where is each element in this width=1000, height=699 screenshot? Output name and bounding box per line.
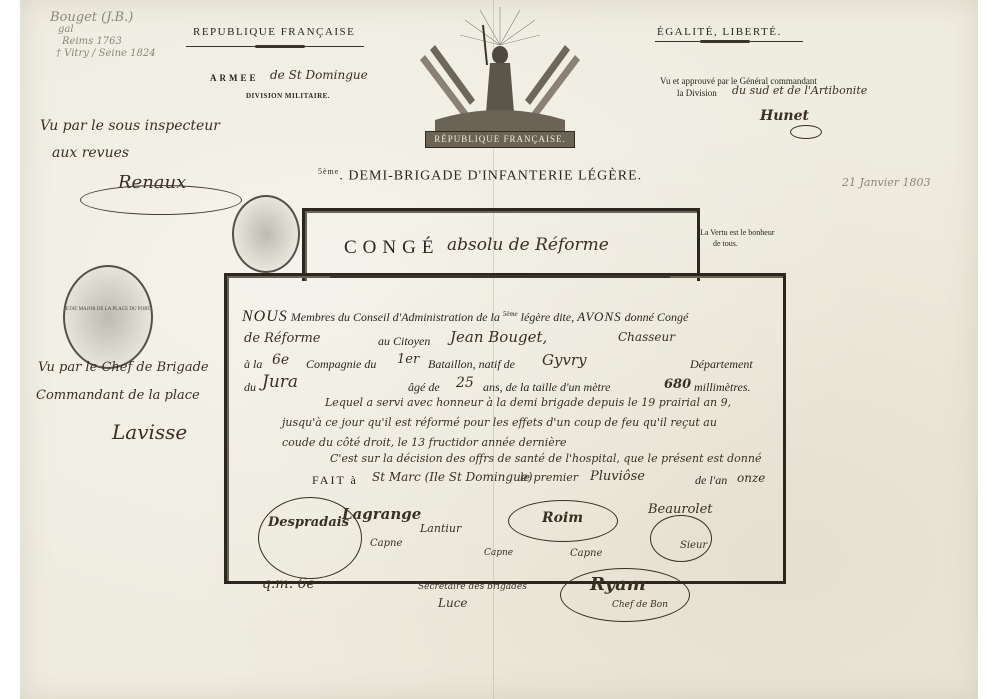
- approval-division-handwritten: du sud et de l'Artibonite: [732, 84, 867, 97]
- wax-seal-stamp: [232, 195, 300, 273]
- taille-label: ans, de la taille d'un mètre: [483, 380, 610, 395]
- emblem-banner: RÉPUBLIQUE FRANÇAISE.: [425, 131, 575, 148]
- reforme-handwritten: de Réforme: [244, 331, 321, 346]
- unit-sup: 5ème: [318, 167, 339, 176]
- chef-role: Chef de Bon: [612, 600, 668, 610]
- place-seal-stamp: ETAT MAJOR DE LA PLACE DU PORT: [63, 265, 153, 369]
- ornamental-rule: [255, 45, 305, 48]
- pencil-line: Bouget (J.B.): [50, 12, 156, 24]
- ornamental-rule: [700, 40, 750, 43]
- signature-flourish: [790, 125, 822, 139]
- pencil-line: gal: [50, 24, 156, 36]
- motto-line-1: La Vertu est le bonheur: [700, 228, 775, 237]
- service-line-4: C'est sur la décision des offrs de santé…: [330, 452, 761, 465]
- body-sup: 5ème: [503, 310, 518, 318]
- commander-signature: Lavisse: [112, 420, 187, 444]
- department-name: Jura: [262, 372, 298, 392]
- age-value: 25: [456, 375, 474, 391]
- army-handwritten: de St Domingue: [270, 68, 368, 82]
- height-value: 680: [664, 377, 691, 392]
- secretary-note: Secrétaire des brigades: [418, 582, 527, 592]
- service-line-2: jusqu'à ce jour qu'il est réformé pour l…: [282, 416, 717, 429]
- avons-word: AVONS: [577, 309, 621, 324]
- service-line-1: Lequel a servi avec honneur à la demi br…: [325, 396, 731, 409]
- signature-name: Despradais: [268, 515, 349, 530]
- pencil-date: 21 Janvier 1803: [842, 176, 931, 189]
- unit-title-text: . DEMI-BRIGADE D'INFANTERIE LÉGÈRE.: [339, 169, 642, 184]
- du-label: du: [244, 380, 256, 395]
- year-handwritten: onze: [737, 471, 765, 485]
- de-lan-label: de l'an: [695, 473, 727, 488]
- month-handwritten: Pluviôse: [590, 469, 645, 484]
- seal-text: ETAT MAJOR DE LA PLACE DU PORT: [65, 307, 151, 312]
- egalite-title: ÉGALITÉ, LIBERTÉ.: [657, 26, 782, 38]
- secretary-signature: Luce: [438, 596, 468, 610]
- signature-role: Capne: [570, 548, 602, 559]
- battalion-number: 1er: [397, 352, 419, 367]
- body-text: Membres du Conseil d'Administration de l…: [291, 310, 500, 324]
- signature-flourish: [650, 515, 712, 562]
- body-line-1: NOUS Membres du Conseil d'Administration…: [242, 308, 688, 326]
- certificate-title: CONGÉ: [344, 237, 439, 259]
- bataillon-label: Bataillon, natif de: [428, 357, 515, 372]
- place-handwritten: St Marc (Ile St Domingue): [372, 470, 533, 484]
- approval-line-2-prefix: la Division: [677, 88, 717, 98]
- body-text: légère dite,: [521, 310, 575, 324]
- soldier-name: Jean Bouget,: [450, 328, 547, 346]
- title-rule: [330, 275, 670, 278]
- republic-emblem-icon: [415, 5, 585, 150]
- chef-signature: Ryam: [590, 574, 646, 595]
- inspector-note-2: aux revues: [52, 145, 129, 161]
- motto-line-2: de tous.: [713, 239, 738, 248]
- qm-note: q.m. 6e: [262, 576, 315, 592]
- army-label: ARMEE: [210, 73, 259, 83]
- age-label: âgé de: [408, 380, 440, 395]
- fait-label: FAIT à: [312, 473, 358, 488]
- commander-note-2: Commandant de la place: [36, 388, 200, 403]
- commander-note-1: Vu par le Chef de Brigade: [38, 360, 209, 375]
- signature-name: Lagrange: [342, 505, 421, 523]
- birthplace: Gyvry: [542, 351, 587, 369]
- au-citoyen-label: au Citoyen: [378, 334, 430, 349]
- pencil-annotation: Bouget (J.B.) gal Reims 1763 † Vitry / S…: [50, 12, 156, 60]
- pencil-line: Reims 1763: [50, 36, 156, 48]
- republique-title: REPUBLIQUE FRANÇAISE: [193, 26, 355, 38]
- compagnie-label: Compagnie du: [306, 357, 376, 372]
- service-line-3: coude du côté droit, le 13 fructidor ann…: [282, 436, 567, 449]
- unit-title: 5ème. DEMI-BRIGADE D'INFANTERIE LÉGÈRE.: [318, 167, 642, 185]
- departement-label: Département: [690, 357, 753, 372]
- division-label: DIVISION MILITAIRE.: [246, 92, 330, 100]
- millimetres-label: millimètres.: [694, 380, 751, 395]
- certificate-title-handwritten: absolu de Réforme: [447, 235, 609, 255]
- body-text: donné Congé: [625, 310, 689, 324]
- signature-role: Capne: [370, 538, 402, 549]
- a-la-label: à la: [244, 357, 262, 372]
- signature-name: Roim: [542, 510, 583, 526]
- approval-signature: Hunet: [760, 108, 809, 124]
- nous-word: NOUS: [242, 308, 288, 325]
- pencil-line: † Vitry / Seine 1824: [50, 48, 156, 60]
- signature-role: Capne: [484, 548, 513, 558]
- inspector-note-1: Vu par le sous inspecteur: [40, 118, 220, 134]
- signature-flourish: [80, 185, 242, 215]
- day-handwritten: le premier: [520, 471, 578, 484]
- signature-name: Lantiur: [420, 522, 461, 535]
- company-number: 6e: [272, 352, 289, 368]
- soldier-rank: Chasseur: [618, 330, 675, 344]
